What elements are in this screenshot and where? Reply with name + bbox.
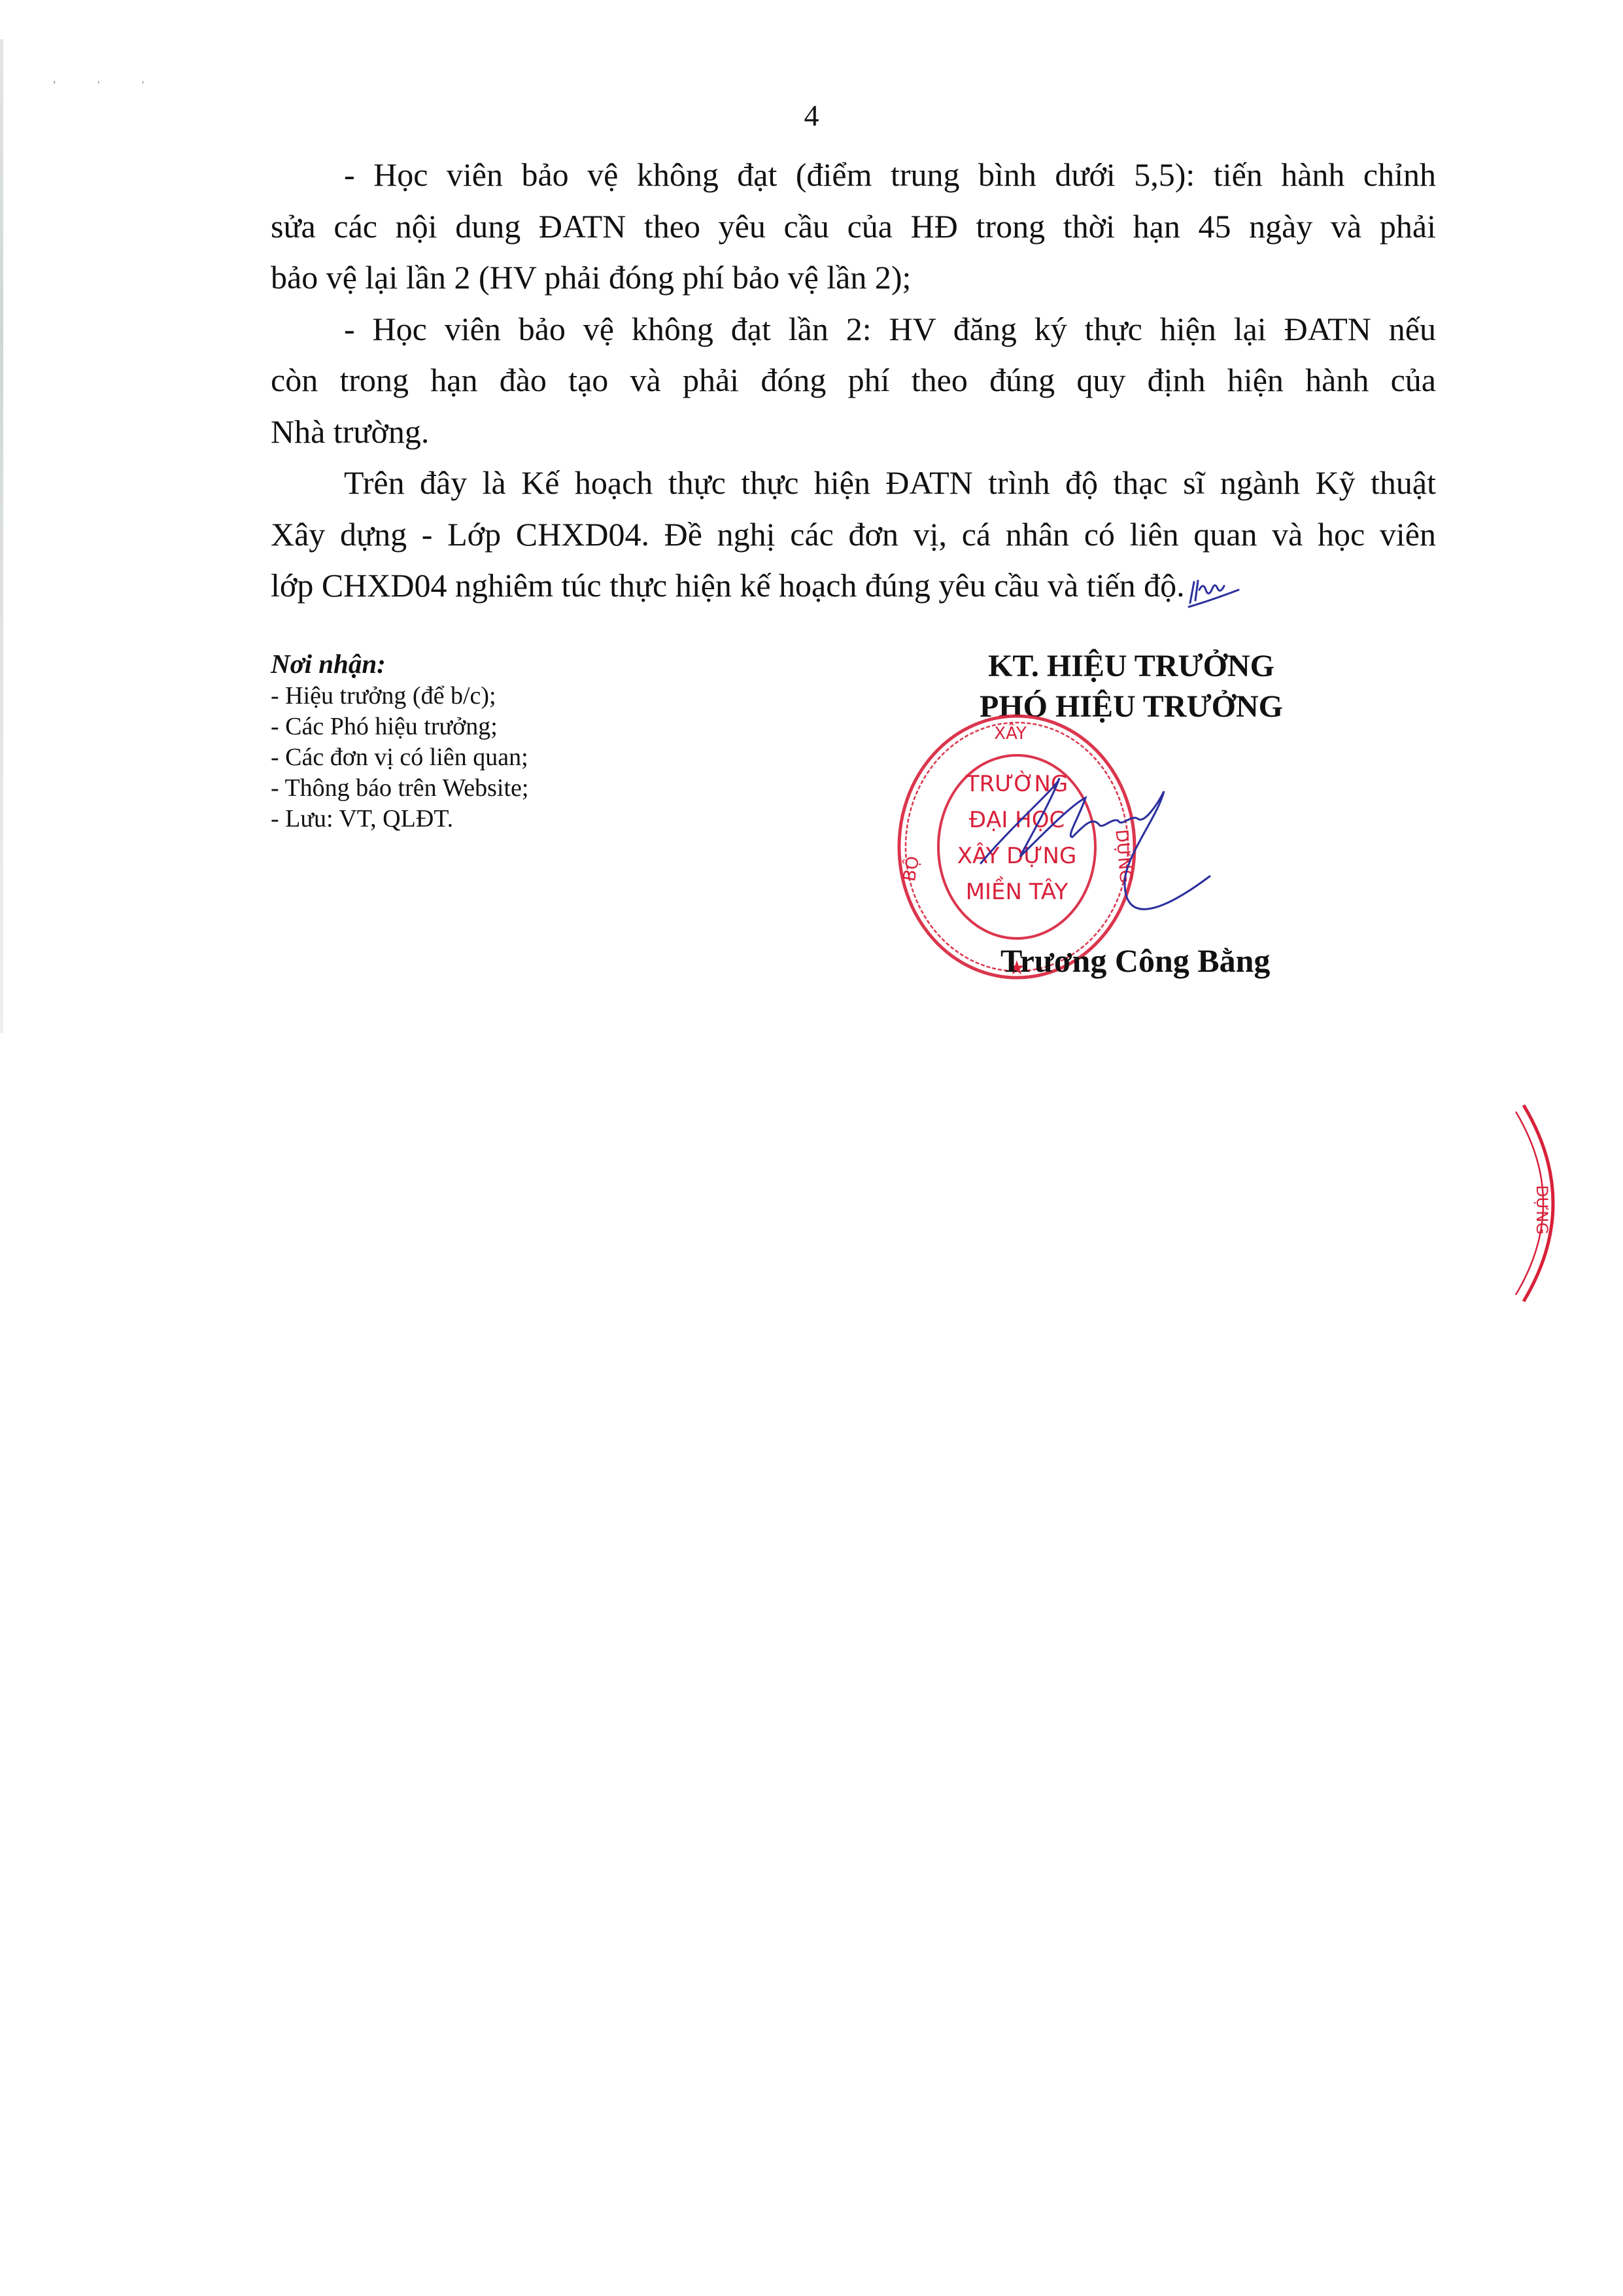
text-line: - Học viên bảo vệ không đạt lần 2: HV đă… [271, 303, 1436, 355]
recipients-list: - Hiệu trưởng (để b/c); - Các Phó hiệu t… [271, 681, 528, 834]
text-line: Nhà trường. [271, 406, 1436, 458]
recipient-item: - Các đơn vị có liên quan; [271, 742, 528, 773]
paragraph-fail-first-defense: - Học viên bảo vệ không đạt (điểm trung … [271, 149, 1436, 303]
seal-outer-top: XÂY [994, 723, 1027, 744]
signer-name: Trương Công Bằng [1000, 942, 1270, 980]
recipients-title: Nơi nhận: [271, 649, 528, 679]
handwritten-signature-icon [961, 759, 1275, 955]
text-line: sửa các nội dung ĐATN theo yêu cầu của H… [271, 201, 1436, 252]
text-line-content: lớp CHXD04 nghiêm túc thực hiện kế hoạch… [271, 567, 1185, 604]
recipient-item: - Thông báo trên Website; [271, 773, 528, 804]
signature-title-line1: KT. HIỆU TRƯỞNG [902, 646, 1360, 687]
partial-seal-icon: DỰNG [1511, 1099, 1589, 1308]
text-line: lớp CHXD04 nghiêm túc thực hiện kế hoạch… [271, 560, 1436, 611]
recipients-block: Nơi nhận: - Hiệu trưởng (để b/c); - Các … [271, 649, 528, 834]
text-line: Xây dựng - Lớp CHXD04. Đề nghị các đơn v… [271, 509, 1436, 560]
body-text: - Học viên bảo vệ không đạt (điểm trung … [271, 149, 1436, 611]
paragraph-fail-second-defense: - Học viên bảo vệ không đạt lần 2: HV đă… [271, 303, 1436, 458]
recipient-item: - Hiệu trưởng (để b/c); [271, 681, 528, 711]
text-line: bảo vệ lại lần 2 (HV phải đóng phí bảo v… [271, 252, 1436, 303]
text-line: còn trong hạn đào tạo và phải đóng phí t… [271, 354, 1436, 406]
page-number: 4 [0, 98, 1623, 133]
paragraph-conclusion: Trên đây là Kế hoạch thực thực hiện ĐATN… [271, 457, 1436, 611]
seal-fragment-text: DỰNG [1533, 1185, 1551, 1235]
initials-mark-icon [1185, 570, 1244, 609]
scan-marks: ’ ' ' [52, 78, 163, 92]
text-line: Trên đây là Kế hoạch thực thực hiện ĐATN… [271, 457, 1436, 509]
scan-edge-shadow [0, 39, 3, 1033]
seal-outer-left: BỘ [898, 855, 923, 883]
recipient-item: - Lưu: VT, QLĐT. [271, 804, 528, 834]
text-line: - Học viên bảo vệ không đạt (điểm trung … [271, 149, 1436, 201]
recipient-item: - Các Phó hiệu trưởng; [271, 711, 528, 742]
